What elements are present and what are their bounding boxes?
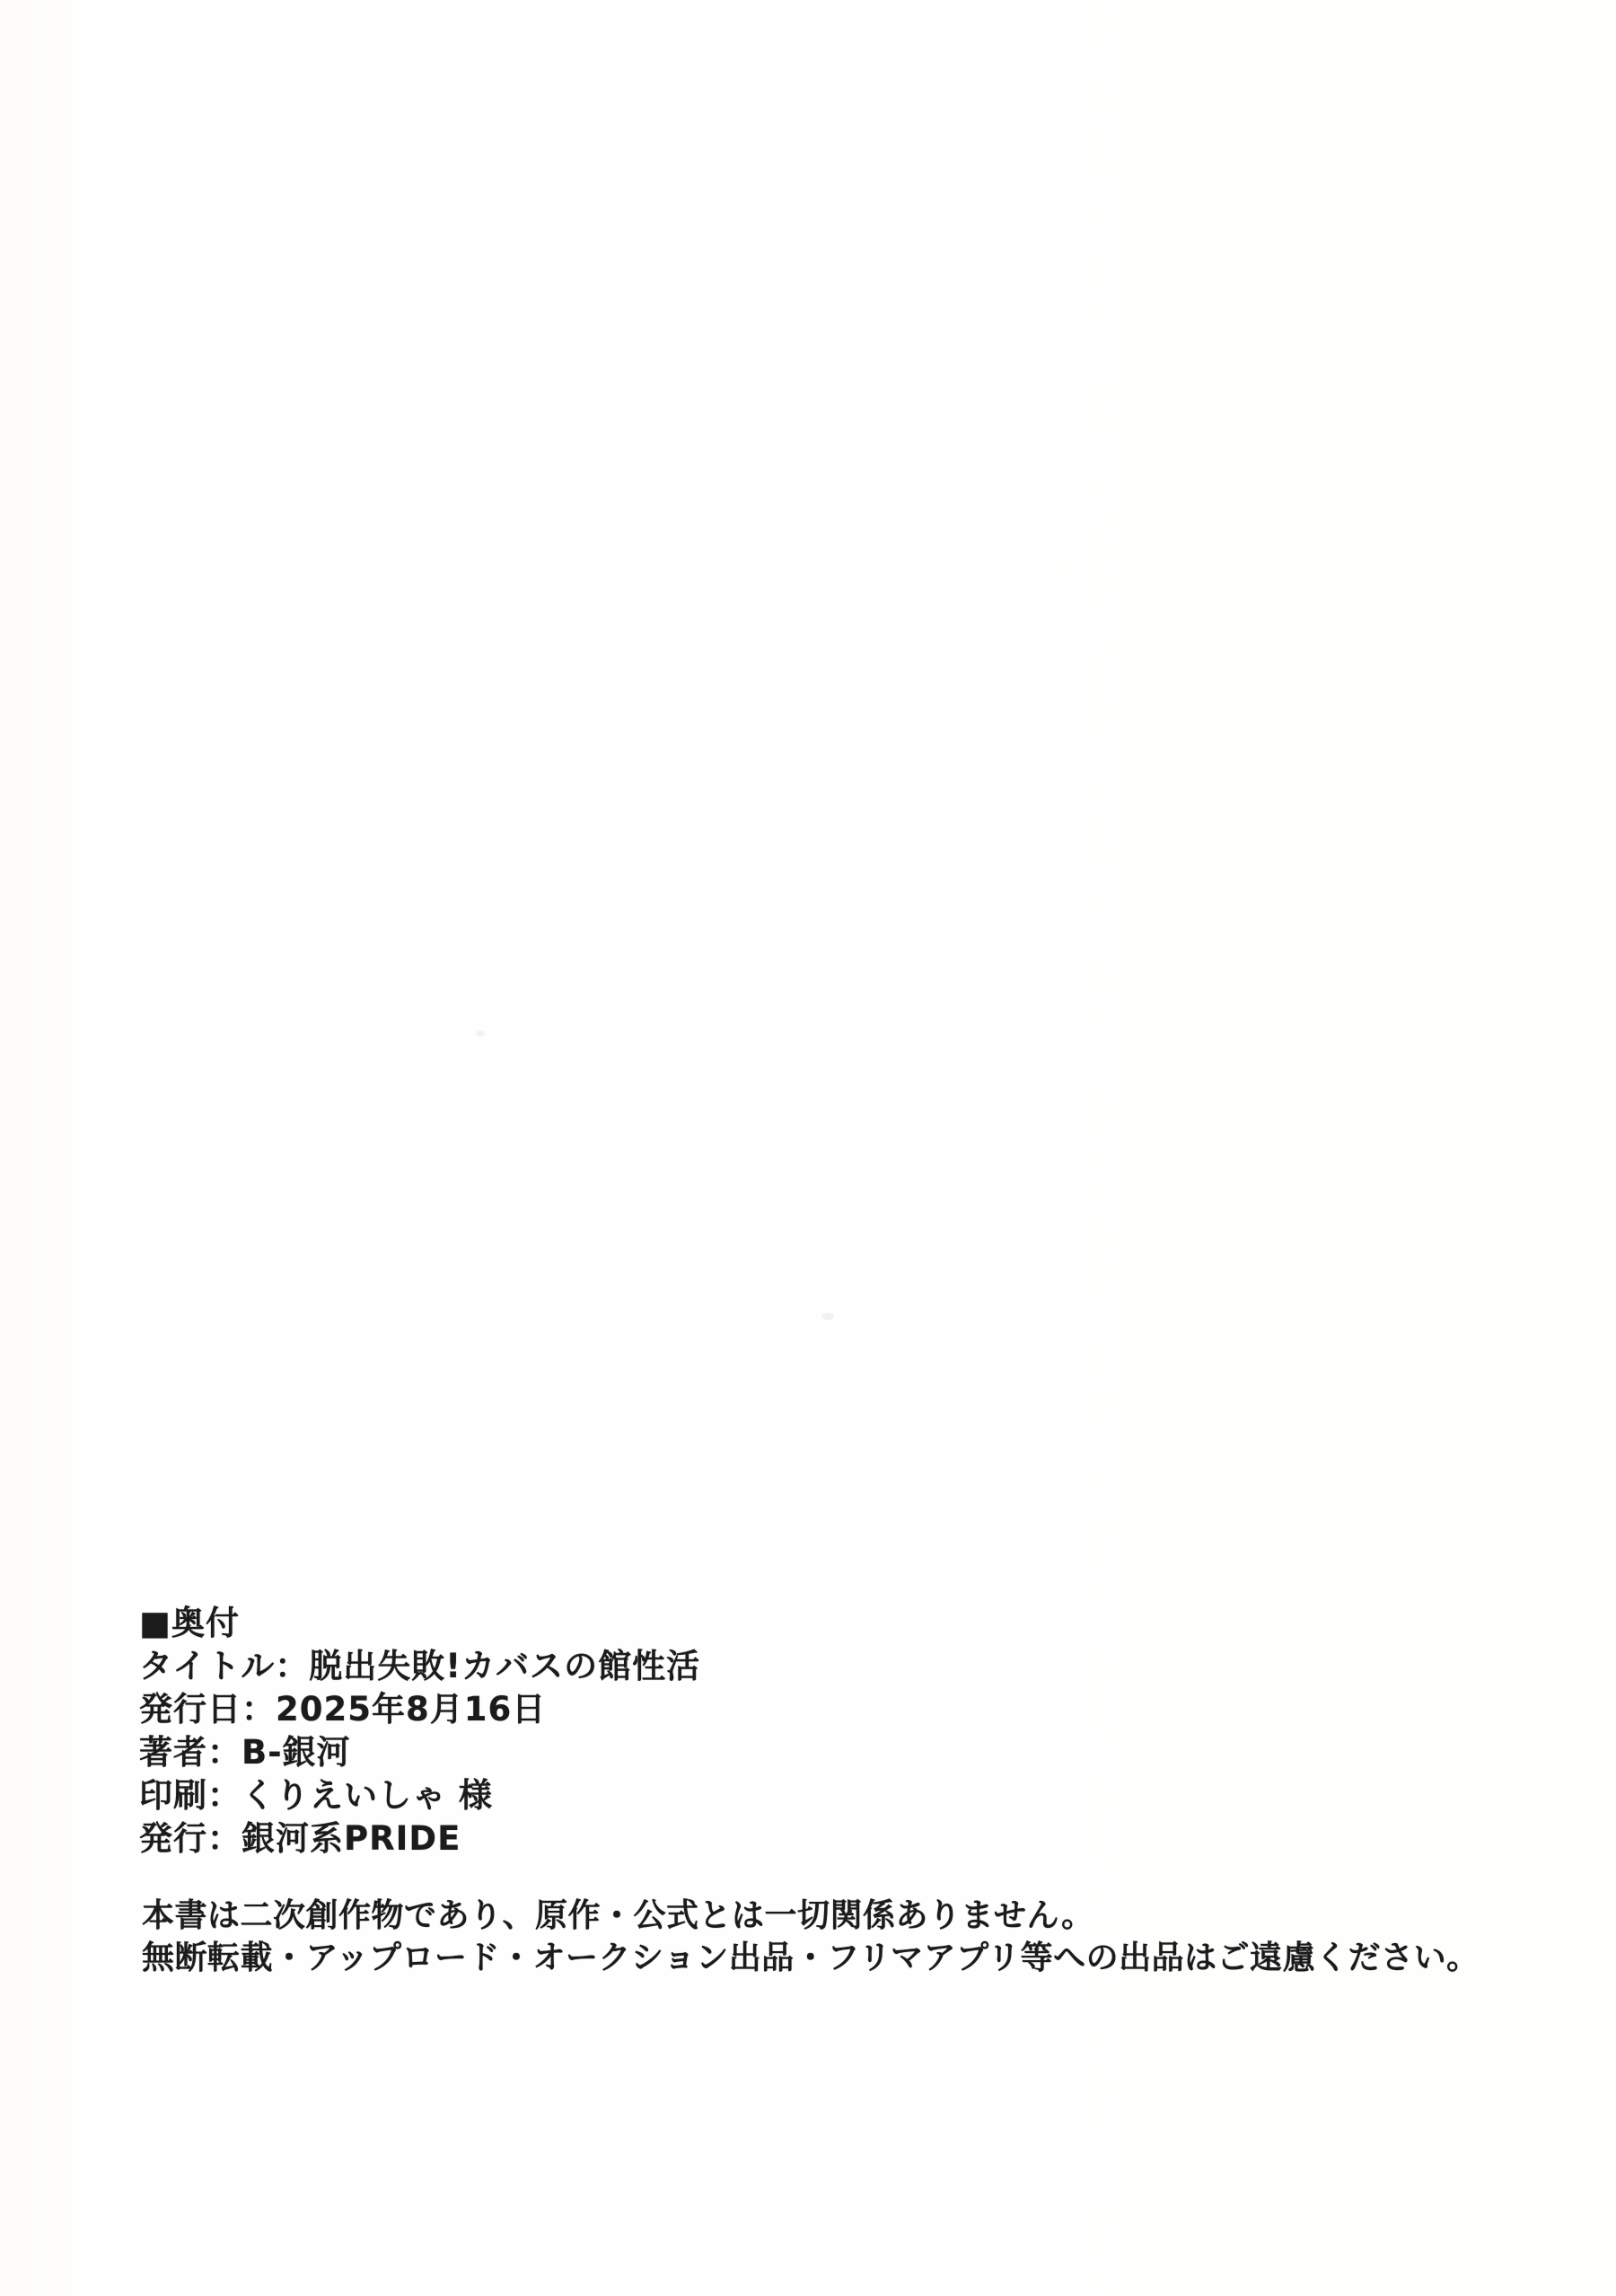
disclaimer-block: 本書は二次創作物であり、原作・公式とは一切関係ありません。 無断転載・アップロー… — [142, 1895, 1480, 1979]
disclaimer-line-no-resale: 無断転載・アップロード・オークション出品・フリマアプリ等への出品はご遠慮ください… — [142, 1937, 1480, 1979]
scan-smudge — [476, 1031, 485, 1036]
colophon-heading: ■奥付 — [139, 1602, 700, 1645]
colophon-publisher-line: 発行：銀河系PRIDE — [139, 1817, 700, 1861]
scan-smudge — [821, 1313, 834, 1320]
disclaimer-line-derivative-work: 本書は二次創作物であり、原作・公式とは一切関係ありません。 — [142, 1895, 1480, 1937]
colophon-title-line: タイトル：脱出失敗!カバスの館性活 — [139, 1645, 700, 1688]
colophon-author-line: 著者：B-銀河 — [139, 1731, 700, 1774]
colophon-block: ■奥付 タイトル：脱出失敗!カバスの館性活 発行日：2025年8月16日 著者：… — [139, 1602, 700, 1861]
colophon-printer-line: 印刷：くりえいしゃ 様 — [139, 1774, 700, 1817]
scanned-page-background: ■奥付 タイトル：脱出失敗!カバスの館性活 発行日：2025年8月16日 著者：… — [0, 0, 1616, 2296]
colophon-publication-date-line: 発行日：2025年8月16日 — [139, 1688, 700, 1731]
